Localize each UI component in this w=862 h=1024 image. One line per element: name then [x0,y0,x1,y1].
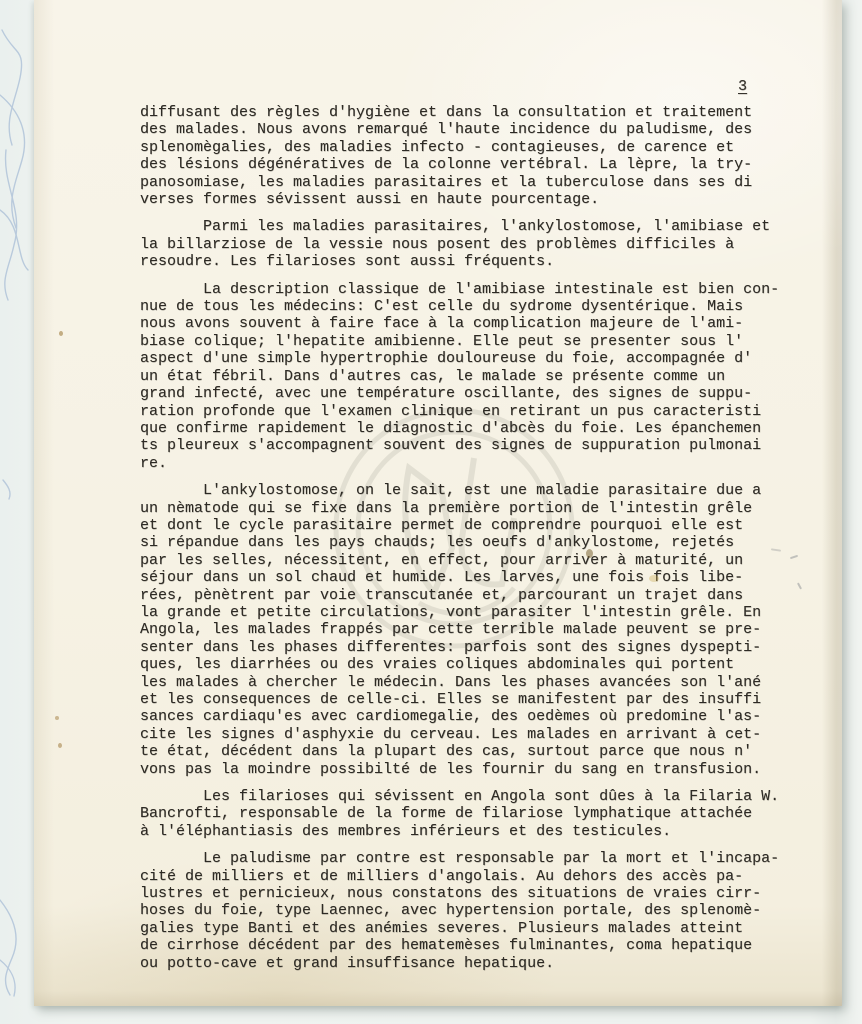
pinhole-mark [59,331,63,336]
paragraph-1: diffusant des règles d'hygiène et dans l… [140,104,800,208]
paragraph-3: La description classique de l'amibiase i… [140,281,800,472]
paragraph-4: L'ankylostomose, on le sait, est une mal… [140,482,800,778]
paragraph-5: Les filarioses qui sévissent en Angola s… [140,788,800,840]
pinhole-mark [58,743,62,748]
page-number: 3 [738,78,747,95]
scanned-document-page: 3 diffusant des règles d'hygiène et dans… [0,0,862,1024]
pinhole-mark [55,716,59,720]
paragraph-6: Le paludisme par contre est responsable … [140,850,800,972]
typewritten-text: diffusant des règles d'hygiène et dans l… [140,104,800,982]
paper-sheet: 3 diffusant des règles d'hygiène et dans… [34,0,842,1006]
paragraph-2: Parmi les maladies parasitaires, l'ankyl… [140,218,800,270]
